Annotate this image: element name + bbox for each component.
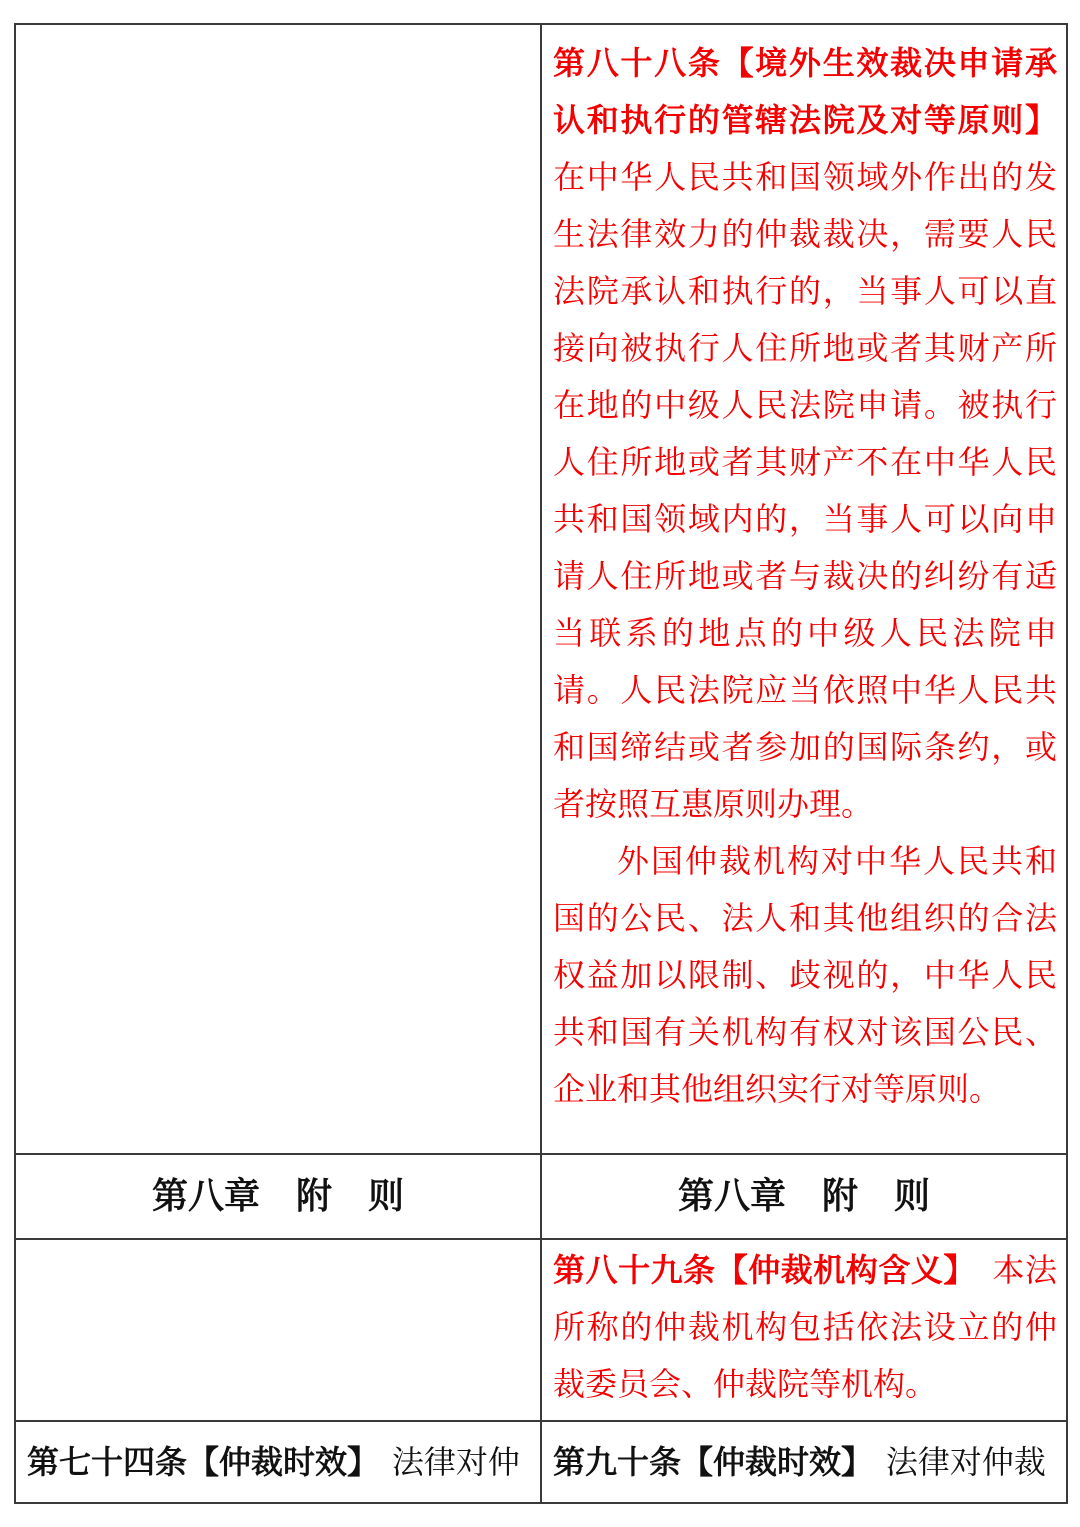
- cell-left-empty-2: [15, 1239, 541, 1421]
- cell-right-article-89: 第八十九条【仲裁机构含义】 本法所称的仲裁机构包括依法设立的仲裁委员会、仲裁院等…: [541, 1239, 1067, 1421]
- document-page: 第八十八条【境外生效裁决申请承认和执行的管辖法院及对等原则】在中华人民共和国领域…: [0, 0, 1080, 1527]
- cell-right-article-88: 第八十八条【境外生效裁决申请承认和执行的管辖法院及对等原则】在中华人民共和国领域…: [541, 24, 1067, 1154]
- chapter-heading-left: 第八章 附 则: [15, 1154, 541, 1239]
- article-88-header: 第八十八条【境外生效裁决申请承认和执行的管辖法院及对等原则】: [553, 45, 1057, 138]
- table-row-article-89: 第八十九条【仲裁机构含义】 本法所称的仲裁机构包括依法设立的仲裁委员会、仲裁院等…: [15, 1239, 1067, 1421]
- table-row-chapter-heading: 第八章 附 则 第八章 附 则: [15, 1154, 1067, 1239]
- law-comparison-table: 第八十八条【境外生效裁决申请承认和执行的管辖法院及对等原则】在中华人民共和国领域…: [14, 23, 1068, 1504]
- article-88-paragraph2-text: 外国仲裁机构对中华人民共和国的公民、法人和其他组织的合法权益加以限制、歧视的，中…: [553, 843, 1057, 1107]
- article-88-body: 在中华人民共和国领域外作出的发生法律效力的仲裁裁决，需要人民法院承认和执行的，当…: [553, 159, 1057, 822]
- article-88-paragraph-2: 外国仲裁机构对中华人民共和国的公民、法人和其他组织的合法权益加以限制、歧视的，中…: [553, 833, 1057, 1118]
- chapter-heading-right: 第八章 附 则: [541, 1154, 1067, 1239]
- cell-left-article-74: 第七十四条【仲裁时效】法律对仲: [15, 1421, 541, 1503]
- article-90-body: 法律对仲裁: [886, 1444, 1046, 1480]
- article-74-header: 第七十四条【仲裁时效】: [27, 1444, 379, 1480]
- article-74-body: 法律对仲: [392, 1444, 520, 1480]
- article-89-paragraph: 第八十九条【仲裁机构含义】 本法所称的仲裁机构包括依法设立的仲裁委员会、仲裁院等…: [553, 1242, 1057, 1413]
- article-89-header: 第八十九条【仲裁机构含义】: [553, 1252, 960, 1288]
- table-row-article-88: 第八十八条【境外生效裁决申请承认和执行的管辖法院及对等原则】在中华人民共和国领域…: [15, 24, 1067, 1154]
- article-88-paragraph-1: 第八十八条【境外生效裁决申请承认和执行的管辖法院及对等原则】在中华人民共和国领域…: [553, 35, 1057, 833]
- cell-right-article-90: 第九十条【仲裁时效】法律对仲裁: [541, 1421, 1067, 1503]
- article-90-header: 第九十条【仲裁时效】: [553, 1444, 873, 1480]
- cell-left-empty-1: [15, 24, 541, 1154]
- table-row-article-74-90: 第七十四条【仲裁时效】法律对仲 第九十条【仲裁时效】法律对仲裁: [15, 1421, 1067, 1503]
